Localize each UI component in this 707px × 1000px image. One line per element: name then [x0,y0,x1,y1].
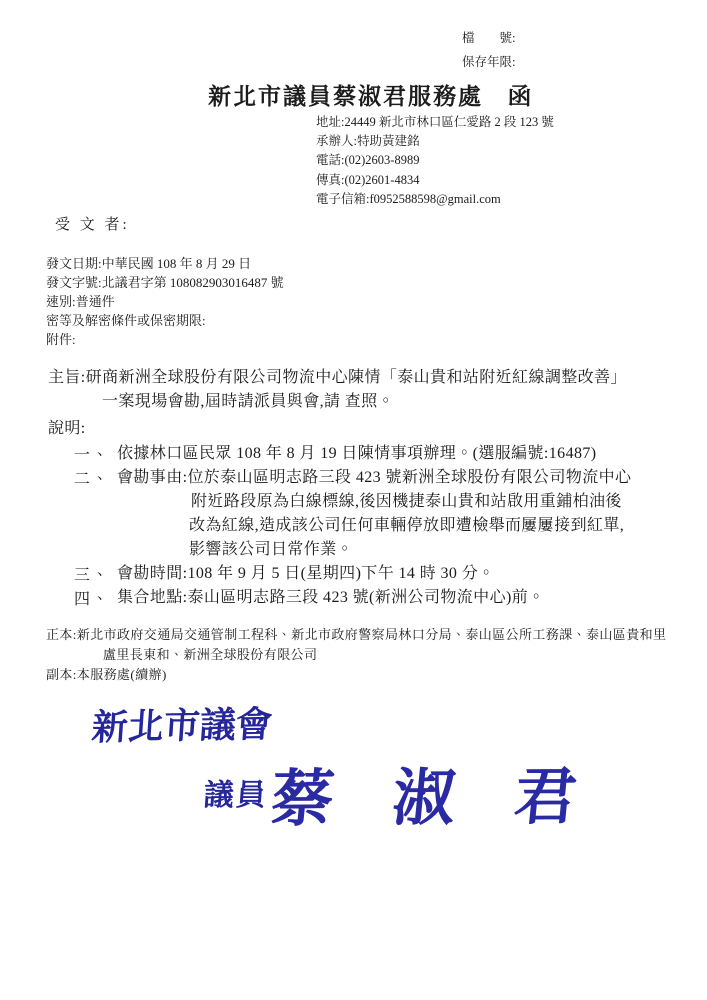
retention-label: 保存年限: [462,50,515,74]
list-item-text: 會勘事由:位於泰山區明志路三段 423 號新洲全球股份有限公司物流中心 [117,466,631,490]
contact-address: 地址:24449 新北市林口區仁愛路 2 段 123 號 [316,113,554,132]
signer-name-signature: 蔡 淑 君 [268,747,604,839]
signer-title: 議員 [202,770,269,814]
list-item-text-continued: 改為紅線,造成該公司任何車輛停放即遭檢舉而屢屢接到紅單, [189,514,624,538]
meta-block: 發文日期:中華民國 108 年 8 月 29 日 發文字號:北議君字第 1080… [46,254,284,349]
contact-email: 電子信箱:f0952588598@gmail.com [316,190,554,209]
list-item-number: 二、 [74,466,110,489]
document-page: 檔 號: 保存年限: 新北市議員蔡淑君服務處 函 地址:24449 新北市林口區… [0,0,707,1000]
meta-security: 密等及解密條件或保密期限: [46,311,284,330]
recipient-label: 受 文 者: [55,213,130,234]
sender-contact-block: 地址:24449 新北市林口區仁愛路 2 段 123 號 承辦人:特助黃建銘 電… [316,113,554,209]
list-item-number: 四、 [74,586,110,609]
explanation-label: 說明: [48,417,86,441]
list-item-number: 一、 [74,442,110,465]
distribution-copy-line: 副本:本服務處(續辦) [46,664,167,683]
meta-attachment: 附件: [46,330,284,349]
council-stamp: 新北市議會 [90,696,274,750]
list-item-text: 依據林口區民眾 108 年 8 月 19 日陳情事項辦理。(選服編號:16487… [117,442,597,466]
distribution-original-line-1: 正本:新北市政府交通局交通管制工程科、新北市政府警察局林口分局、泰山區公所工務課… [46,624,666,643]
subject-line-1: 主旨:研商新洲全球股份有限公司物流中心陳情「泰山貴和站附近紅線調整改善」 [48,366,627,390]
list-item-text: 集合地點:泰山區明志路三段 423 號(新洲公司物流中心)前。 [117,586,545,610]
list-item-number: 三、 [74,562,110,585]
contact-handler: 承辦人:特助黃建銘 [316,132,554,151]
contact-phone: 電話:(02)2603-8989 [316,151,554,170]
file-info-block: 檔 號: 保存年限: [462,26,515,74]
meta-doc-number: 發文字號:北議君字第 108082903016487 號 [46,273,284,292]
meta-speed: 速別:普通件 [46,292,284,311]
contact-fax: 傳真:(02)2601-4834 [316,171,554,190]
subject-line-2: 一案現場會勘,屆時請派員與會,請 查照。 [102,390,394,414]
document-title: 新北市議員蔡淑君服務處 函 [208,78,533,111]
file-number-label: 檔 號: [462,26,515,50]
list-item-text-continued: 影響該公司日常作業。 [189,538,353,562]
distribution-original-line-2: 盧里長東和、新洲全球股份有限公司 [103,644,317,663]
list-item-text: 會勘時間:108 年 9 月 5 日(星期四)下午 14 時 30 分。 [117,562,495,586]
meta-date: 發文日期:中華民國 108 年 8 月 29 日 [46,254,284,273]
list-item-text-continued: 附近路段原為白線標線,後因機捷泰山貴和站啟用重鋪柏油後 [191,490,622,514]
